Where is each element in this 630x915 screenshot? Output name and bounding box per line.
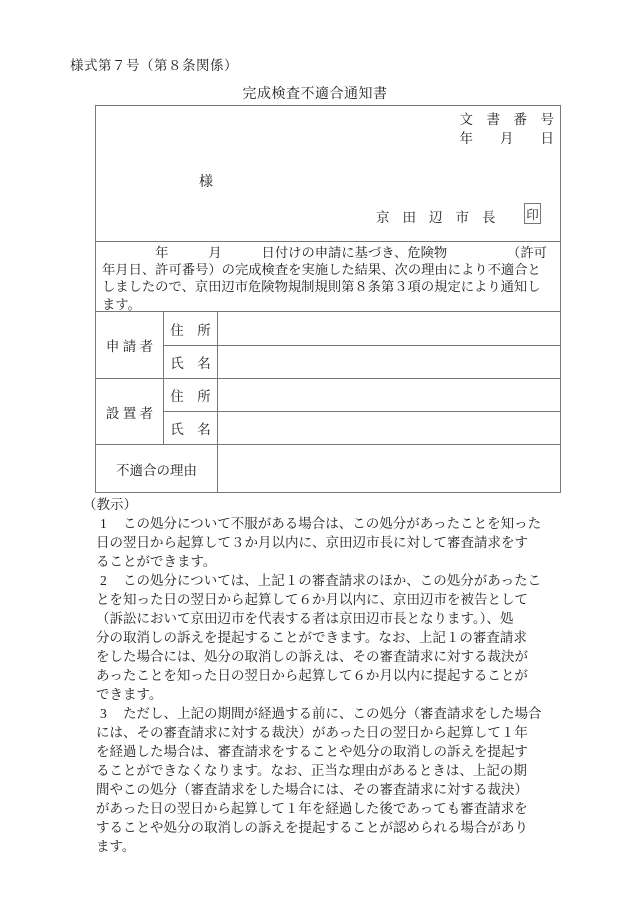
seal-mark: 印 <box>524 203 541 224</box>
reason-label: 不適合の理由 <box>96 444 218 492</box>
installer-address-value <box>218 378 560 411</box>
page-title: 完成検査不適合通知書 <box>0 83 630 103</box>
doc-meta: 文 書 番 号 年 月 日 <box>460 110 555 148</box>
applicant-label: 申 請 者 <box>96 312 164 378</box>
applicant-name-label: 氏 名 <box>164 345 218 378</box>
notification-box: 文 書 番 号 年 月 日 様 京田辺市長 印 年 月 日付けの申請に基づき、危… <box>95 105 561 493</box>
reason-value <box>218 444 560 492</box>
kyoji-item-3-number: 3 <box>96 704 123 723</box>
kyoji-section: （教示） 1この処分について不服がある場合は、この処分があったことを知った 日の… <box>83 495 565 856</box>
installer-label: 設 置 者 <box>96 378 164 444</box>
doc-number-label: 文 書 番 号 <box>460 110 555 129</box>
installer-name-label: 氏 名 <box>164 411 218 444</box>
kyoji-item-2-number: 2 <box>96 571 123 590</box>
applicant-address-value <box>218 312 560 345</box>
kyoji-item-3: 3ただし、上記の期間が経過する前に、この処分（審査請求をした場合 には、その審査… <box>96 704 565 856</box>
applicant-address-label: 住 所 <box>164 312 218 345</box>
issuer-title: 京田辺市長 <box>376 206 509 226</box>
kyoji-item-2: 2この処分については、上記１の審査請求のほか、この処分があったこ とを知った日の… <box>96 571 565 704</box>
kyoji-item-1: 1この処分について不服がある場合は、この処分があったことを知った 日の翌日から起… <box>96 514 565 571</box>
kyoji-item-1-text: この処分について不服がある場合は、この処分があったことを知った 日の翌日から起算… <box>96 516 541 569</box>
form-table: 申 請 者 住 所 氏 名 設 置 者 住 所 氏 名 不適合の理由 <box>96 311 560 492</box>
doc-date-label: 年 月 日 <box>460 129 555 148</box>
kyoji-heading: （教示） <box>83 495 565 514</box>
installer-address-label: 住 所 <box>164 378 218 411</box>
header-section: 文 書 番 号 年 月 日 様 京田辺市長 印 <box>96 106 560 241</box>
kyoji-item-3-text: ただし、上記の期間が経過する前に、この処分（審査請求をした場合 には、その審査請… <box>96 706 542 854</box>
document-page: 様式第７号（第８条関係） 完成検査不適合通知書 文 書 番 号 年 月 日 様 … <box>0 0 630 915</box>
form-number: 様式第７号（第８条関係） <box>70 54 238 74</box>
addressee-suffix: 様 <box>199 171 213 191</box>
kyoji-item-2-text: この処分については、上記１の審査請求のほか、この処分があったこ とを知った日の翌… <box>96 573 541 702</box>
applicant-name-value <box>218 345 560 378</box>
installer-name-value <box>218 411 560 444</box>
kyoji-item-1-number: 1 <box>96 514 123 533</box>
body-paragraph: 年 月 日付けの申請に基づき、危険物 （許可 年月日、許可番号）の完成検査を実施… <box>96 241 560 311</box>
